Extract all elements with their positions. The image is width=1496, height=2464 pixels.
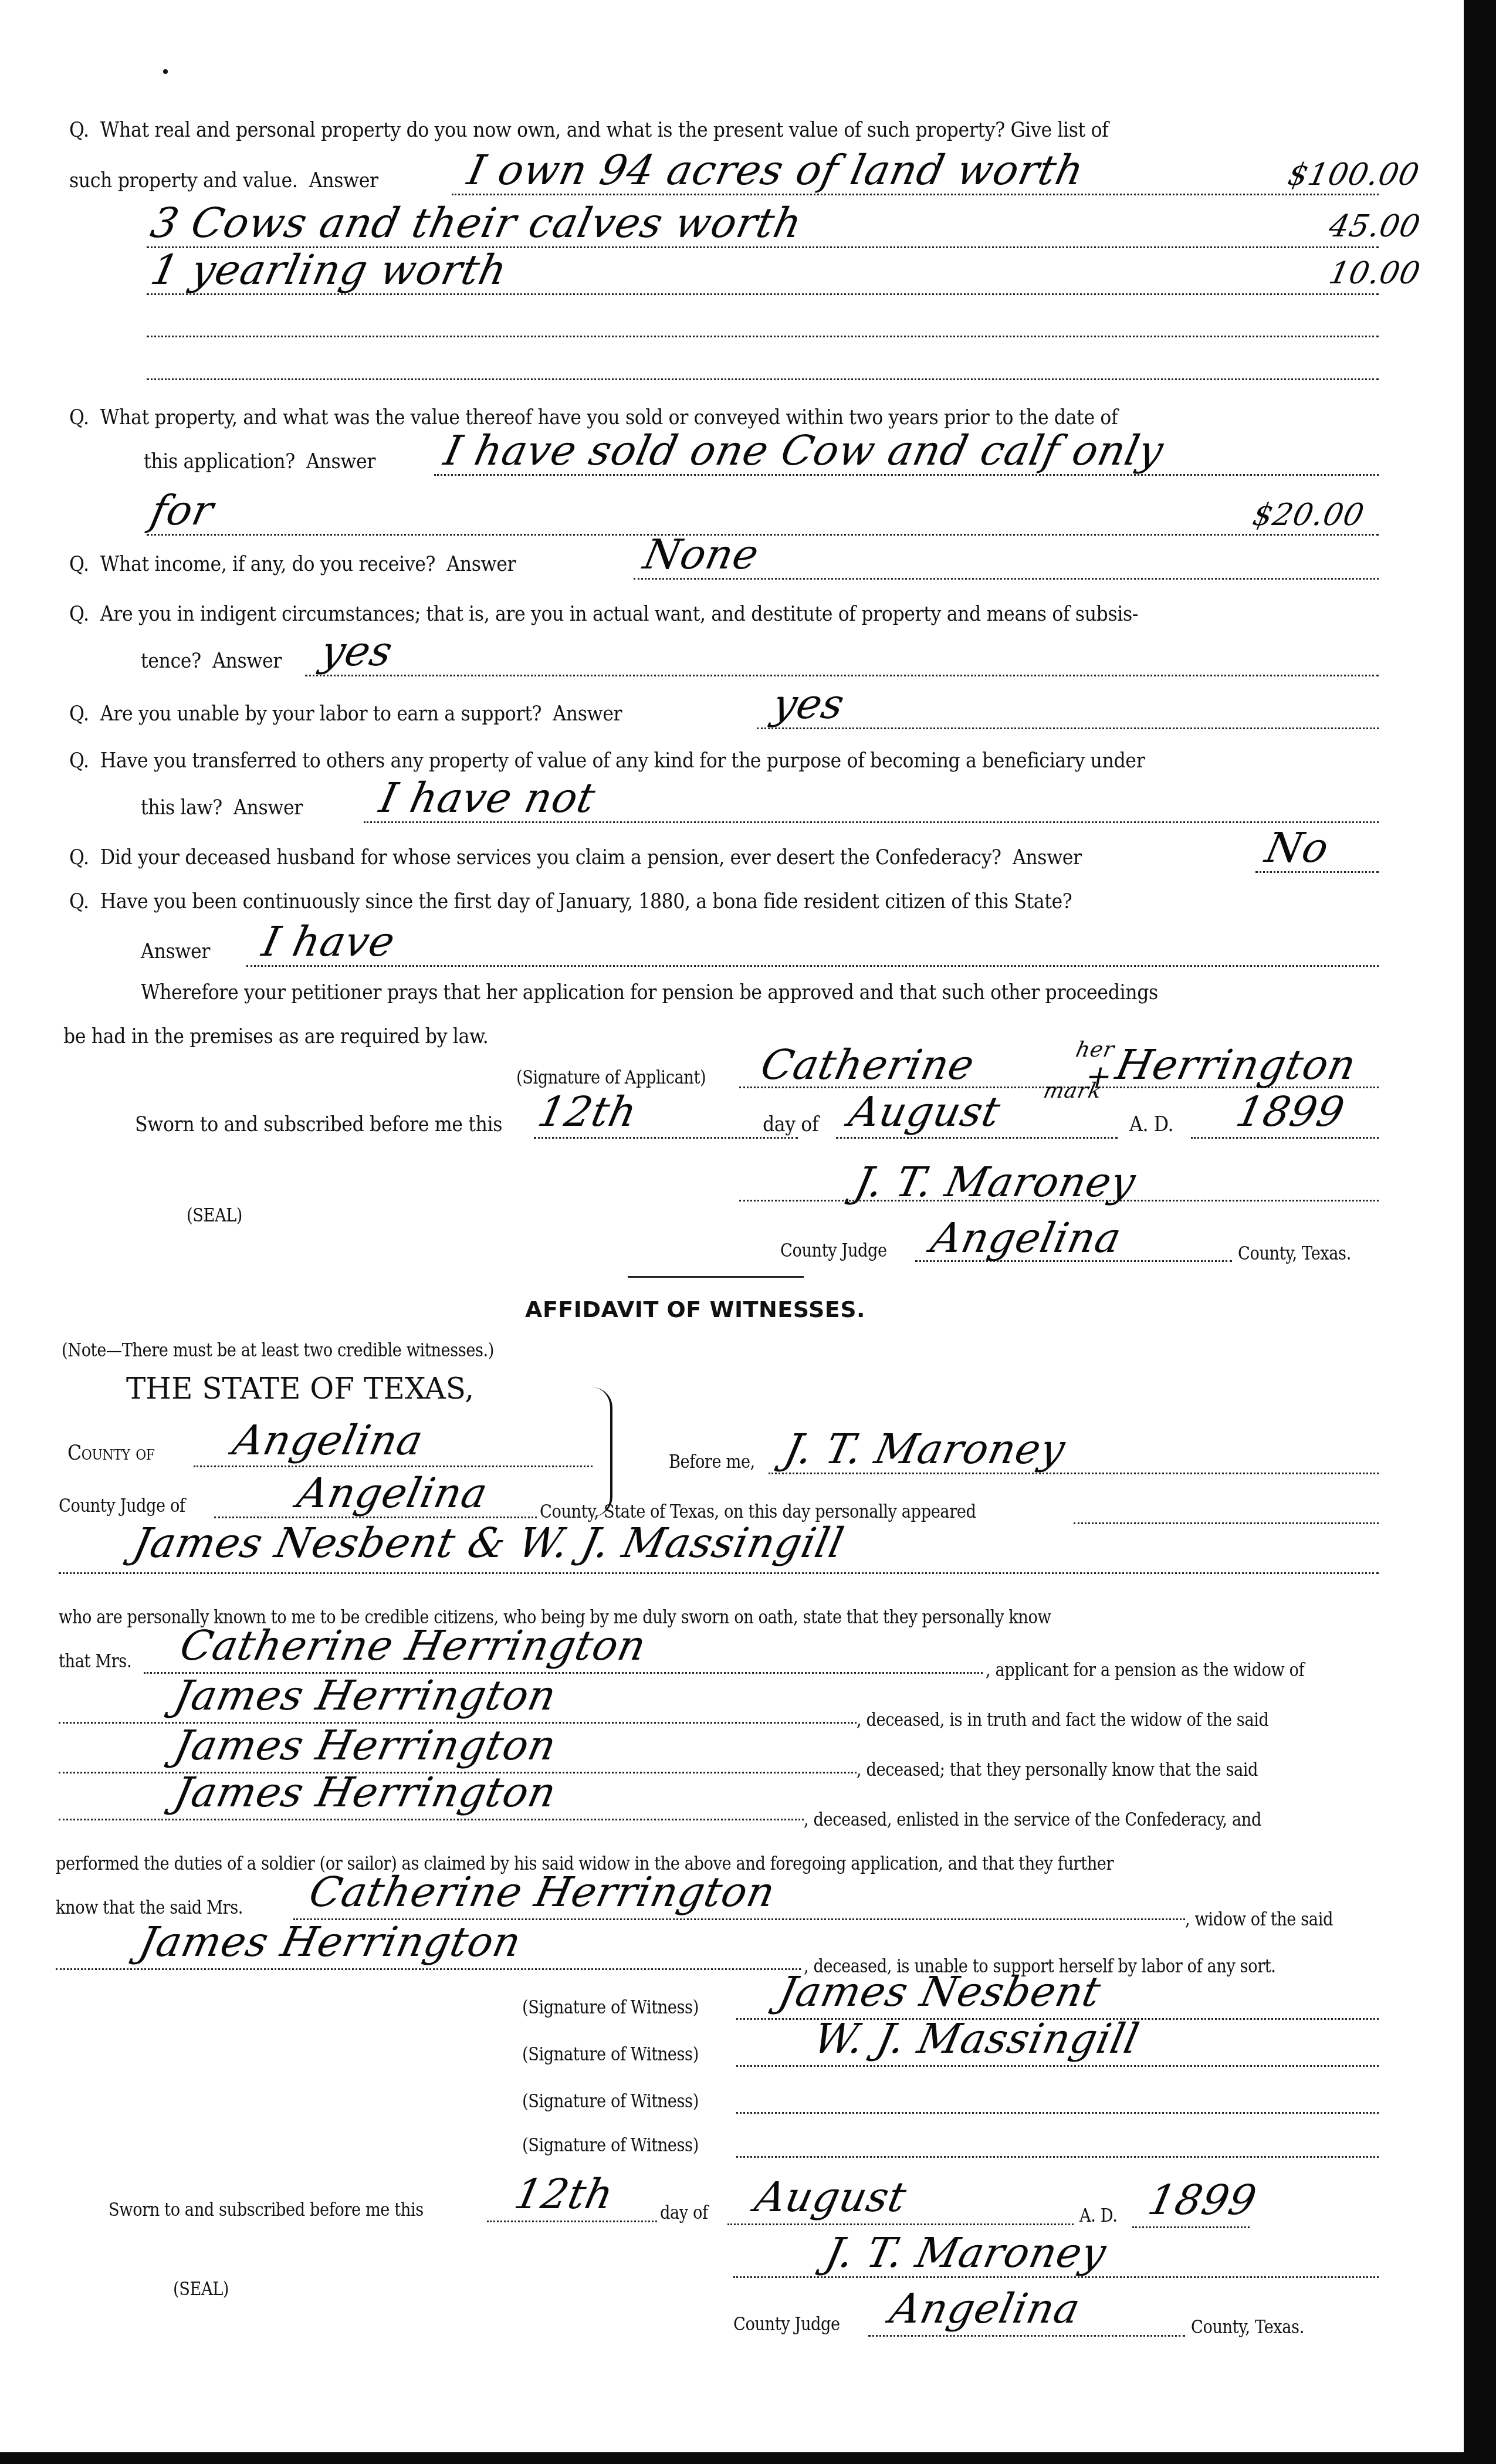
witness-3-line (736, 2112, 1379, 2114)
sworn-2-ad-label: A. D. (1079, 2203, 1117, 2229)
question-resident: Q. Have you been continuously since the … (69, 889, 1072, 915)
sworn-1-judge-signature: J. T. Maroney (851, 1159, 1140, 1206)
answer-indigent: yes (317, 628, 397, 675)
ink-speck (163, 69, 168, 74)
question-transferred-line2: this law? Answer (141, 795, 303, 821)
husband-3-suffix: , deceased, enlisted in the service of t… (804, 1807, 1261, 1833)
county-of-line (194, 1465, 593, 1467)
brace (593, 1387, 612, 1517)
answer-income: None (639, 531, 763, 578)
applicant-signature-last: Herrington (1112, 1041, 1360, 1088)
answer-resident: I have (258, 918, 400, 965)
answer-property-1: I own 94 acres of land worth (463, 147, 1088, 194)
witness-2-label: (Signature of Witness) (522, 2042, 699, 2067)
husband-2: James Herrington (170, 1722, 561, 1769)
widow-suffix: , widow of the said (1185, 1907, 1333, 1932)
answer-line (147, 378, 1379, 380)
witness-1-signature: James Nesbent (774, 1968, 1105, 2015)
sworn-2-year-line (1132, 2226, 1250, 2228)
husband-4: James Herrington (135, 1918, 526, 1965)
sworn-1-seal: (SEAL) (187, 1203, 242, 1228)
sworn-2-year: 1899 (1144, 2177, 1261, 2223)
sworn-2-seal: (SEAL) (173, 2276, 229, 2302)
witness-4-label: (Signature of Witness) (522, 2133, 699, 2158)
answer-property-sold-value: $20.00 (1250, 497, 1368, 533)
county-of-value: Angelina (229, 1417, 427, 1464)
witness-2-signature: W. J. Massingill (810, 2015, 1143, 2062)
scanned-document-page: Q. What real and personal property do yo… (0, 0, 1496, 2464)
witness-4-line (736, 2156, 1379, 2158)
witness-1-label: (Signature of Witness) (522, 1995, 699, 2020)
scan-edge-bottom (0, 2452, 1496, 2464)
state-label: THE STATE OF TEXAS, (126, 1376, 474, 1402)
sworn-1-ad-label: A. D. (1129, 1112, 1173, 1138)
question-transferred: Q. Have you transferred to others any pr… (69, 748, 1145, 774)
sworn-1-day-line (534, 1137, 798, 1139)
sworn-1-day: 12th (534, 1088, 641, 1135)
sworn-2-judge-signature: J. T. Maroney (821, 2229, 1111, 2276)
question-indigent-line2: tence? Answer (141, 648, 282, 674)
witnesses-line (59, 1572, 1379, 1574)
county-judge-of-value: Angelina (293, 1470, 492, 1517)
sworn-2-county: Angelina (886, 2285, 1084, 2332)
question-desert: Q. Did your deceased husband for whose s… (69, 845, 1082, 871)
sworn-2-day-of-label: day of (660, 2200, 708, 2226)
husband-3-line (59, 1819, 804, 1820)
sworn-1-year: 1899 (1232, 1088, 1349, 1135)
section-divider (628, 1276, 804, 1278)
before-me-label: Before me, (669, 1449, 755, 1475)
question-unable-labor: Q. Are you unable by your labor to earn … (69, 701, 622, 727)
sworn-2-day: 12th (510, 2171, 618, 2218)
answer-property-1-value: $100.00 (1285, 157, 1423, 192)
question-indigent: Q. Are you in indigent circumstances; th… (69, 601, 1138, 627)
sworn-2-county-line (868, 2335, 1185, 2337)
applicant-name-2: Catherine Herrington (305, 1869, 780, 1915)
sworn-1-county-suffix: County, Texas. (1238, 1241, 1351, 1267)
that-mrs-label: that Mrs. (59, 1649, 131, 1674)
sworn-1-county: Angelina (927, 1214, 1125, 1261)
answer-desert: No (1261, 824, 1333, 871)
affidavit-heading: AFFIDAVIT OF WITNESSES. (525, 1297, 865, 1322)
answer-property-3-value: 10.00 (1326, 256, 1424, 291)
sworn-2-judge-label: County Judge (733, 2311, 840, 2337)
question-resident-line2: Answer (141, 939, 210, 964)
husband-1: James Herrington (170, 1672, 561, 1719)
answer-property-2-value: 45.00 (1326, 209, 1424, 244)
applicant-signature-first: Catherine (757, 1041, 979, 1088)
sworn-2-county-suffix: County, Texas. (1191, 2314, 1304, 2340)
scan-edge-right (1464, 0, 1496, 2464)
before-me-value: J. T. Maroney (780, 1426, 1069, 1473)
sworn-2-month: August (751, 2174, 911, 2221)
county-judge-of-label: County Judge of (59, 1493, 185, 1519)
answer-line (147, 534, 1379, 536)
applicant-mark-above: her (1074, 1038, 1116, 1062)
answer-line (305, 675, 1379, 676)
husband-3: James Herrington (170, 1769, 561, 1816)
question-property-owned-line2: such property and value. Answer (69, 168, 378, 194)
sworn-1-month: August (845, 1088, 1005, 1135)
know-said-label: know that the said Mrs. (56, 1895, 243, 1921)
husband-2-suffix: , deceased; that they personally know th… (857, 1757, 1258, 1783)
petition-line2: be had in the premises as are required b… (63, 1024, 488, 1050)
answer-unable-labor: yes (769, 681, 849, 727)
applicant-name: Catherine Herrington (176, 1622, 651, 1669)
witness-2-line (736, 2065, 1379, 2067)
applicant-suffix: , applicant for a pension as the widow o… (986, 1657, 1304, 1683)
applicant-mark-below: mark (1041, 1079, 1104, 1103)
question-income: Q. What income, if any, do you receive? … (69, 551, 516, 577)
sworn-2-prefix: Sworn to and subscribed before me this (109, 2197, 424, 2223)
county-of-label: County of (67, 1440, 155, 1466)
answer-line (246, 965, 1379, 967)
appeared-line (1074, 1522, 1379, 1524)
answer-property-sold: I have sold one Cow and calf only (440, 427, 1168, 474)
husband-1-suffix: , deceased, is in truth and fact the wid… (857, 1707, 1269, 1733)
sworn-1-prefix: Sworn to and subscribed before me this (135, 1112, 502, 1138)
answer-transferred: I have not (375, 774, 600, 821)
sworn-1-year-line (1191, 1137, 1379, 1139)
applicant-signature-label: (Signature of Applicant) (516, 1065, 706, 1091)
witness-3-label: (Signature of Witness) (522, 2089, 699, 2114)
answer-property-2: 3 Cows and their calves worth (147, 199, 806, 246)
witnesses-written: James Nesbent & W. J. Massingill (129, 1519, 848, 1566)
question-property-owned: Q. What real and personal property do yo… (69, 117, 1108, 143)
sworn-1-day-of-label: day of (763, 1112, 818, 1138)
affidavit-note: (Note—There must be at least two credibl… (62, 1338, 494, 1363)
husband-4-line (56, 1968, 801, 1970)
sworn-2-month-line (727, 2223, 1074, 2225)
answer-line (147, 336, 1379, 337)
sworn-1-judge-label: County Judge (780, 1238, 887, 1264)
question-property-sold-line2: this application? Answer (144, 449, 375, 475)
petition-line1: Wherefore your petitioner prays that her… (141, 980, 1158, 1006)
sworn-2-day-line (487, 2221, 657, 2222)
answer-property-3: 1 yearling worth (147, 246, 512, 293)
answer-line (757, 727, 1379, 729)
answer-property-sold-line2: for (147, 487, 218, 534)
sworn-1-month-line (836, 1137, 1118, 1139)
